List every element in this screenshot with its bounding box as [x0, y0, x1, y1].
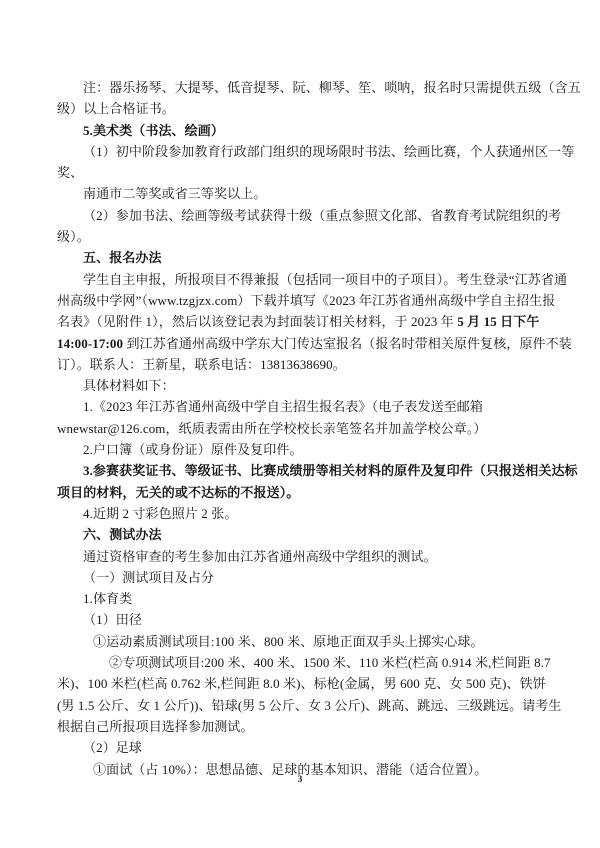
text-line: （2）参加书法、绘画等级考试获得十级（重点参照文化部、省教育考试院组织的考	[57, 205, 547, 226]
heading-art-category: 5.美术类（书法、绘画）	[57, 120, 547, 141]
document-page: 注：器乐扬琴、大提琴、低音提琴、阮、柳琴、笙、唢呐，报名时只需提供五级（含五 级…	[0, 0, 600, 848]
text-line: 级）。	[57, 226, 547, 247]
page-number: 3	[0, 775, 600, 785]
document-body: 注：器乐扬琴、大提琴、低音提琴、阮、柳琴、笙、唢呐，报名时只需提供五级（含五 级…	[57, 77, 547, 780]
subheading-track-field: （1）田径	[57, 609, 547, 630]
text-line: wnewstar@126.com，纸质表需由所在学校校长亲笔签名并加盖学校公章。…	[57, 418, 547, 439]
material-item-2: 2.户口簿（或身份证）原件及复印件。	[57, 439, 547, 460]
heading-registration-method: 五、报名办法	[57, 247, 547, 268]
text-line: （1）初中阶段参加教育行政部门组织的现场限时书法、绘画比赛，个人获通州区一等	[57, 141, 547, 162]
material-item-3: 3.参赛获奖证书、等级证书、比赛成绩册等相关材料的原件及复印件（只报送相关达标	[57, 460, 547, 481]
bold-time: 14:00-17:00	[57, 336, 123, 351]
text-line: 州高级中学网”（www.tzgjzx.com）下载并填写《2023 年江苏省通州…	[57, 290, 547, 311]
text-line: 具体材料如下：	[57, 375, 547, 396]
material-item-4: 4.近期 2 寸彩色照片 2 张。	[57, 503, 547, 524]
text-line: 项目的材料，无关的或不达标的不报送）。	[57, 482, 547, 503]
text-line: 学生自主申报，所报项目不得兼报（包括同一项目中的子项目）。考生登录“江苏省通	[57, 269, 547, 290]
subheading-football: （2）足球	[57, 737, 547, 758]
text-line: (男 1.5 公斤、女 1 公斤))、铅球(男 5 公斤、女 3 公斤)、跳高、…	[57, 695, 547, 716]
subheading-sports-category: 1.体育类	[57, 588, 547, 609]
text-line: ①运动素质测试项目:100 米、800 米、原地正面双手头上掷实心球。	[57, 631, 547, 652]
text-line: 根据自己所报项目选择参加测试。	[57, 716, 547, 737]
material-item-1: 1.《2023 年江苏省通州高级中学自主招生报名表》（电子表发送至邮箱	[57, 396, 547, 417]
text-line: 订）。联系人：王新星，联系电话：13813638690。	[57, 354, 547, 375]
bold-date: 5 月 15 日下午	[457, 314, 539, 329]
note-instruments: 注：器乐扬琴、大提琴、低音提琴、阮、柳琴、笙、唢呐，报名时只需提供五级（含五	[83, 80, 581, 95]
heading-test-method: 六、测试办法	[57, 524, 547, 545]
text-line: 南通市二等奖或省三等奖以上。	[57, 183, 547, 204]
subheading-test-items: （一）测试项目及占分	[57, 567, 547, 588]
text-line: ②专项测试项目:200 米、400 米、1500 米、110 米栏(栏高 0.9…	[57, 652, 547, 673]
text-line: 注：器乐扬琴、大提琴、低音提琴、阮、柳琴、笙、唢呐，报名时只需提供五级（含五	[57, 77, 547, 98]
text-line: 米)、100 米栏(栏高 0.762 米,栏间距 8.0 米)、标枪(金属，男 …	[57, 673, 547, 694]
text-line: 14:00-17:00 到江苏省通州高级中学东大门传达室报名（报名时带相关原件复…	[57, 333, 547, 354]
text-line: 通过资格审查的考生参加由江苏省通州高级中学组织的测试。	[57, 546, 547, 567]
email-address: wnewstar@126.com，纸质表需由所在学校校长亲笔签名并加盖学校公章。…	[57, 421, 487, 436]
text-line: 名表》（见附件 1），然后以该登记表为封面装订相关材料，于 2023 年 5 月…	[57, 311, 547, 332]
text-line: 级）以上合格证书。	[57, 98, 547, 119]
text-line: 奖、	[57, 162, 547, 183]
